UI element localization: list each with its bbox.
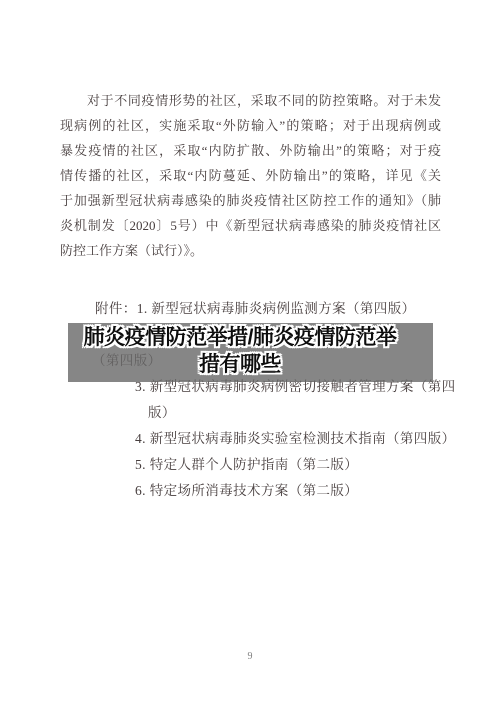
paragraph-line: 炎机制发〔2020〕5号）中《新型冠状病毒感染的肺炎疫情社区 — [60, 213, 441, 238]
paragraph-line: 对于不同疫情形势的社区，采取不同的防控策略。对于未发 — [60, 88, 441, 113]
page-number: 9 — [0, 651, 500, 662]
paragraph-line: 防控工作方案（试行）》。 — [60, 238, 441, 263]
paragraph-line: 现病例的社区，实施采取“外防输入”的策略；对于出现病例或 — [60, 113, 441, 138]
attachment-line: 6. 特定场所消毒技术方案（第二版） — [60, 478, 452, 504]
headline-title-line: 肺炎疫情防范举措/肺炎疫情防范举 — [10, 324, 470, 351]
attachment-line: 版） — [60, 400, 452, 426]
attachment-line: 5. 特定人群个人防护指南（第二版） — [60, 452, 452, 478]
paragraph-line: 暴发疫情的社区，采取“内防扩散、外防输出”的策略；对于疫 — [60, 138, 441, 163]
attachment-line: 附件：1. 新型冠状病毒肺炎病例监测方案（第四版） — [60, 296, 452, 322]
body-paragraph: 对于不同疫情形势的社区，采取不同的防控策略。对于未发 现病例的社区，实施采取“外… — [60, 88, 441, 263]
document-page: 对于不同疫情形势的社区，采取不同的防控策略。对于未发 现病例的社区，实施采取“外… — [0, 0, 500, 706]
headline-title: 肺炎疫情防范举措/肺炎疫情防范举 措有哪些 — [10, 324, 470, 378]
paragraph-line: 于加强新型冠状病毒感染的肺炎疫情社区防控工作的通知》（肺 — [60, 188, 441, 213]
attachment-line: 4. 新型冠状病毒肺炎实验室检测技术指南（第四版） — [60, 426, 452, 452]
paragraph-line: 情传播的社区，采取“内防蔓延、外防输出”的策略，详见《关 — [60, 163, 441, 188]
headline-title-line: 措有哪些 — [10, 351, 470, 378]
